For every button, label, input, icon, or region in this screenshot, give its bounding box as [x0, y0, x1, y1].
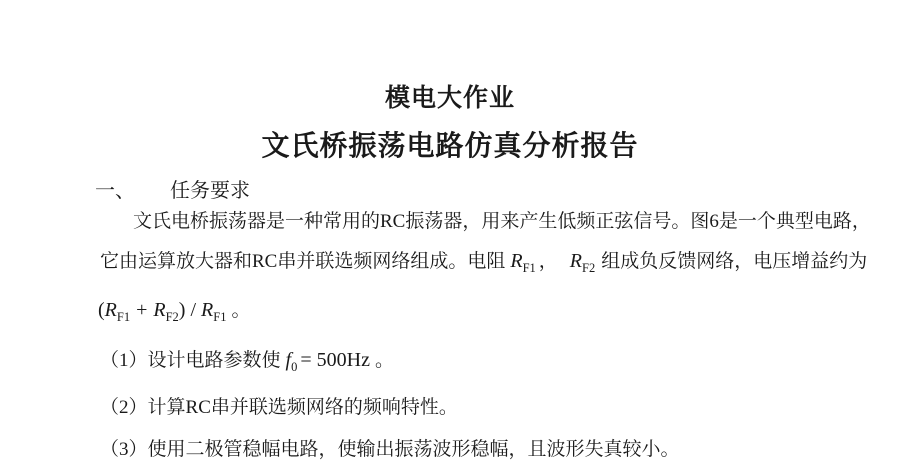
doc-title: 模电大作业 [0, 86, 900, 111]
math-resistor-rf1: RF1 [201, 299, 226, 324]
gain-formula: (RF1+RF2)/RF1。 [98, 299, 250, 324]
math-subscript-f1: F1 [117, 310, 130, 324]
math-resistor-rf2: RF2 [153, 299, 178, 324]
item-marker: （2） [100, 397, 148, 418]
math-var-r: R [105, 299, 117, 321]
math-resistor-rf1: RF1 [510, 250, 535, 275]
math-subscript-0: 0 [291, 360, 297, 374]
item-text: 设计电路参数使 [148, 350, 281, 371]
section-number: 一、 [95, 181, 170, 201]
math-subscript-f1: F1 [523, 261, 536, 275]
item-marker: （3） [100, 439, 148, 460]
body-line-1: 文氏电桥振荡器是一种常用的RC振荡器，用来产生低频正弦信号。图6是一个典型电路， [133, 211, 871, 233]
math-frequency-f0: f0 [286, 349, 298, 374]
section-heading: 一、任务要求 [95, 181, 250, 201]
math-var-r: R [570, 250, 582, 272]
math-var-r: R [510, 250, 522, 272]
body-line-2-post: 组成负反馈网络，电压增益约为 [601, 251, 867, 272]
task-item-2: （2）计算RC串并联选频网络的频响特性。 [100, 397, 458, 419]
document-page: 模电大作业 文氏桥振荡电路仿真分析报告 一、任务要求 文氏电桥振荡器是一种常用的… [0, 0, 900, 475]
doc-subtitle: 文氏桥振荡电路仿真分析报告 [0, 133, 900, 161]
math-resistor-rf1: RF1 [105, 299, 130, 324]
item-equation: = 500Hz [300, 349, 370, 371]
body-line-2-pre: 它由运算放大器和RC串并联选频网络组成。电阻 [100, 251, 505, 272]
body-line-2: 它由运算放大器和RC串并联选频网络组成。电阻RF1，RF2组成负反馈网络，电压增… [100, 250, 867, 275]
math-var-r: R [153, 299, 165, 321]
section-title: 任务要求 [170, 180, 250, 202]
formula-close-paren: ) [179, 299, 186, 321]
formula-plus-sign: + [136, 299, 147, 321]
formula-open-paren: ( [98, 299, 105, 321]
item-text: 使用二极管稳幅电路，使输出振荡波形稳幅，且波形失真较小。 [148, 439, 680, 460]
item-period: 。 [375, 350, 394, 371]
task-item-3: （3）使用二极管稳幅电路，使输出振荡波形稳幅，且波形失真较小。 [100, 439, 680, 461]
math-subscript-f1: F1 [213, 310, 226, 324]
math-resistor-rf2: RF2 [570, 250, 595, 275]
math-subscript-f2: F2 [166, 310, 179, 324]
math-subscript-f2: F2 [582, 261, 595, 275]
item-marker: （1） [100, 350, 148, 371]
formula-divide-sign: / [190, 299, 196, 321]
math-var-r: R [201, 299, 213, 321]
item-text: 计算RC串并联选频网络的频响特性。 [148, 397, 458, 418]
formula-period: 。 [231, 300, 250, 321]
body-line-2-comma: ， [539, 251, 558, 272]
task-item-1: （1）设计电路参数使f0= 500Hz。 [100, 349, 394, 374]
